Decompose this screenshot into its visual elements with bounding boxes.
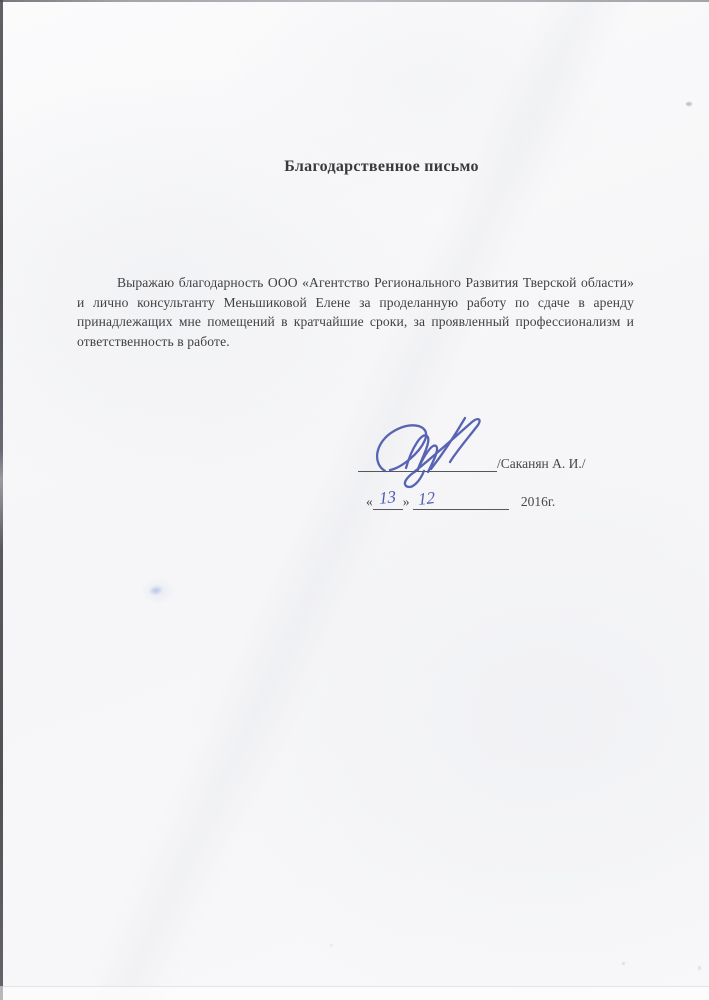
open-quote: « <box>366 494 373 509</box>
scan-edge-bottom <box>0 986 709 1000</box>
scan-speck <box>698 966 701 970</box>
scan-edge-top <box>0 0 709 2</box>
handwritten-day: 13 <box>379 488 397 507</box>
scanned-letter-page: Благодарственное письмо Выражаю благодар… <box>0 0 709 1000</box>
scan-speck <box>622 962 625 965</box>
scan-speck <box>686 102 692 106</box>
letter-body-paragraph: Выражаю благодарность ООО «Агентство Рег… <box>77 273 634 351</box>
signature-name-row: /Саканян А. И./ <box>358 452 586 474</box>
day-slot: 13 <box>373 490 403 510</box>
scan-edge-left <box>0 0 3 1000</box>
month-slot: 12 <box>413 491 509 510</box>
year-label: 2016г. <box>521 494 555 509</box>
signature-printed-name: /Саканян А. И./ <box>497 456 586 471</box>
close-quote: » <box>403 494 410 509</box>
scan-speck <box>330 944 333 946</box>
signature-line <box>358 452 497 472</box>
letter-title: Благодарственное письмо <box>27 158 709 176</box>
handwritten-month: 12 <box>417 489 435 508</box>
date-row: «13» 122016г. <box>366 490 555 512</box>
